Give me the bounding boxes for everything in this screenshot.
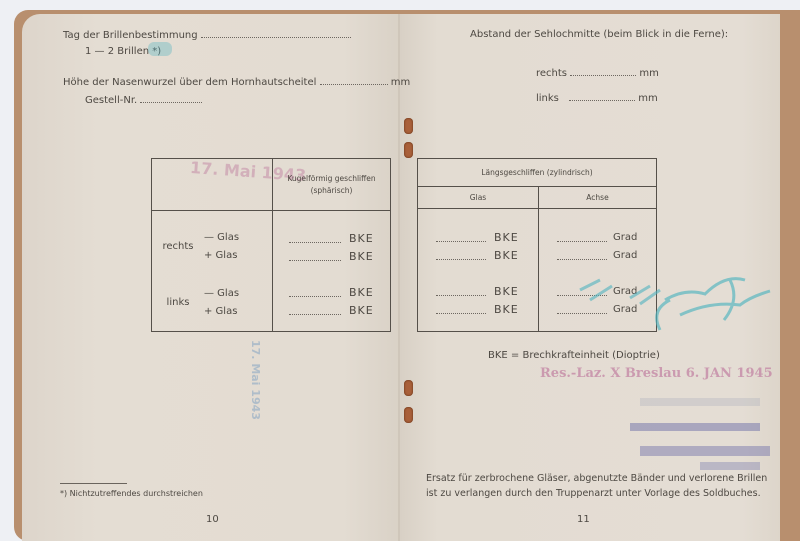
unit-grad: Grad: [613, 250, 637, 261]
side-label-right: rechts: [152, 241, 204, 252]
date-input-line[interactable]: [201, 29, 351, 38]
ink-smudge: [148, 42, 172, 56]
nose-height-label: Höhe der Nasenwurzel über dem Hornhautsc…: [63, 77, 316, 88]
side-labels-cell: rechts — Glas + Glas links — Glas + Glas: [152, 211, 273, 332]
cyl-axis-input[interactable]: [557, 233, 607, 242]
replacement-note-line2: ist zu verlangen durch den Truppenarzt u…: [426, 488, 761, 499]
pd-right-input[interactable]: [570, 67, 636, 76]
unit-bke: BKE: [494, 303, 519, 316]
cyl-glass-input[interactable]: [436, 305, 486, 314]
pd-left-label: links: [536, 93, 559, 104]
staple-top-upper: [404, 118, 413, 134]
date-label: Tag der Brillenbestimmung: [63, 30, 198, 41]
cyl-glass-values: BKE BKE BKE BKE: [418, 209, 539, 332]
pd-right-label: rechts: [536, 68, 567, 79]
footnote: *) Nichtzutreffendes durchstreichen: [60, 489, 203, 498]
order-no-input-line[interactable]: [140, 94, 202, 103]
col-glass: Glas: [418, 187, 539, 209]
unit-bke: BKE: [349, 232, 374, 245]
faded-stamp-line: [640, 398, 760, 406]
spherical-header: Kugelförmig geschliffen (sphärisch): [273, 159, 391, 211]
pd-right-unit: mm: [639, 68, 658, 79]
order-no-field: Gestell-Nr.: [85, 94, 202, 106]
side-label-left: links: [152, 297, 204, 308]
unit-bke: BKE: [349, 304, 374, 317]
footnote-rule: [60, 483, 127, 484]
staple-bottom-lower: [404, 407, 413, 423]
cyl-glass-input[interactable]: [436, 251, 486, 260]
pupil-distance-heading: Abstand der Sehlochmitte (beim Blick in …: [470, 29, 728, 40]
unit-bke: BKE: [494, 231, 519, 244]
date-field: Tag der Brillenbestimmung: [63, 29, 351, 41]
hospital-stamp: Res.-Laz. X Breslau 6. JAN 1945: [540, 366, 773, 381]
unit-bke: BKE: [349, 250, 374, 263]
order-no-label: Gestell-Nr.: [85, 95, 137, 106]
sph-right-minus-input[interactable]: [289, 234, 341, 243]
pupil-distance-left: links mm: [536, 92, 658, 104]
replacement-note-line1: Ersatz für zerbrochene Gläser, abgenutzt…: [426, 473, 767, 484]
cyl-glass-input[interactable]: [436, 287, 486, 296]
unit-grad: Grad: [613, 232, 637, 243]
cyl-glass-input[interactable]: [436, 233, 486, 242]
blue-stamp-line: [630, 423, 760, 431]
spherical-lens-table: Kugelförmig geschliffen (sphärisch) rech…: [151, 158, 391, 332]
cyl-axis-input[interactable]: [557, 251, 607, 260]
nose-height-unit: mm: [391, 77, 410, 88]
staple-top-lower: [404, 142, 413, 158]
spherical-values-cell: BKE BKE BKE BKE: [273, 211, 391, 332]
page-number-10: 10: [206, 514, 219, 525]
table-corner-cell: [152, 159, 273, 211]
faded-blue-stamp: 17. Mai 1943: [249, 340, 262, 420]
col-axis: Achse: [539, 187, 657, 209]
sph-left-minus-input[interactable]: [289, 288, 341, 297]
handwritten-signature: [560, 260, 790, 340]
sph-right-plus-input[interactable]: [289, 252, 341, 261]
unit-bke: BKE: [494, 285, 519, 298]
glass-plus-left: + Glas: [204, 302, 239, 320]
cylindrical-header: Längsgeschliffen (zylindrisch): [418, 159, 657, 187]
bke-definition: BKE = Brechkrafteinheit (Dioptrie): [488, 350, 660, 361]
pd-left-input[interactable]: [569, 92, 635, 101]
page-number-11: 11: [577, 514, 590, 525]
staple-bottom-upper: [404, 380, 413, 396]
blue-stamp-subtitle: [700, 462, 760, 470]
glass-minus-right: — Glas: [204, 228, 239, 246]
unit-bke: BKE: [494, 249, 519, 262]
blue-stamp-title: [640, 446, 770, 456]
unit-bke: BKE: [349, 286, 374, 299]
pd-left-unit: mm: [638, 93, 657, 104]
sph-left-plus-input[interactable]: [289, 306, 341, 315]
pupil-distance-right: rechts mm: [536, 67, 659, 79]
nose-height-field: Höhe der Nasenwurzel über dem Hornhautsc…: [63, 76, 410, 88]
glass-minus-left: — Glas: [204, 284, 239, 302]
nose-height-input-line[interactable]: [320, 76, 388, 85]
glass-plus-right: + Glas: [204, 246, 239, 264]
